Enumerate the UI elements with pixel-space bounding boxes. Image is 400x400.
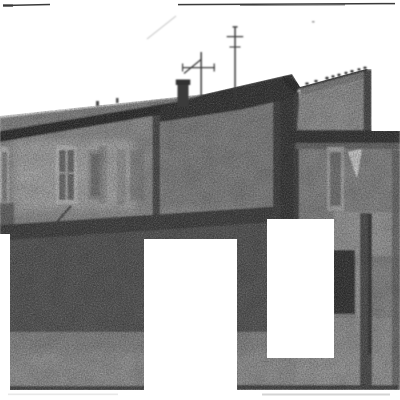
chimney bbox=[176, 80, 191, 108]
redaction-box-left bbox=[0, 234, 10, 400]
redaction-box-center bbox=[144, 239, 237, 400]
sky-speck bbox=[312, 21, 315, 23]
photo-canvas bbox=[0, 0, 400, 400]
ridge-speck-2 bbox=[116, 98, 119, 103]
ridge-speck-1 bbox=[96, 101, 99, 106]
scan-line-top-right bbox=[178, 4, 395, 5]
scanned-photo-page: Scanned black-and-white photograph of a … bbox=[0, 0, 400, 400]
scan-line-top-left-tick bbox=[3, 4, 13, 6]
redaction-box-right bbox=[267, 219, 334, 358]
bottom-smudge-right bbox=[262, 394, 390, 396]
bottom-smudge-left bbox=[8, 394, 118, 396]
